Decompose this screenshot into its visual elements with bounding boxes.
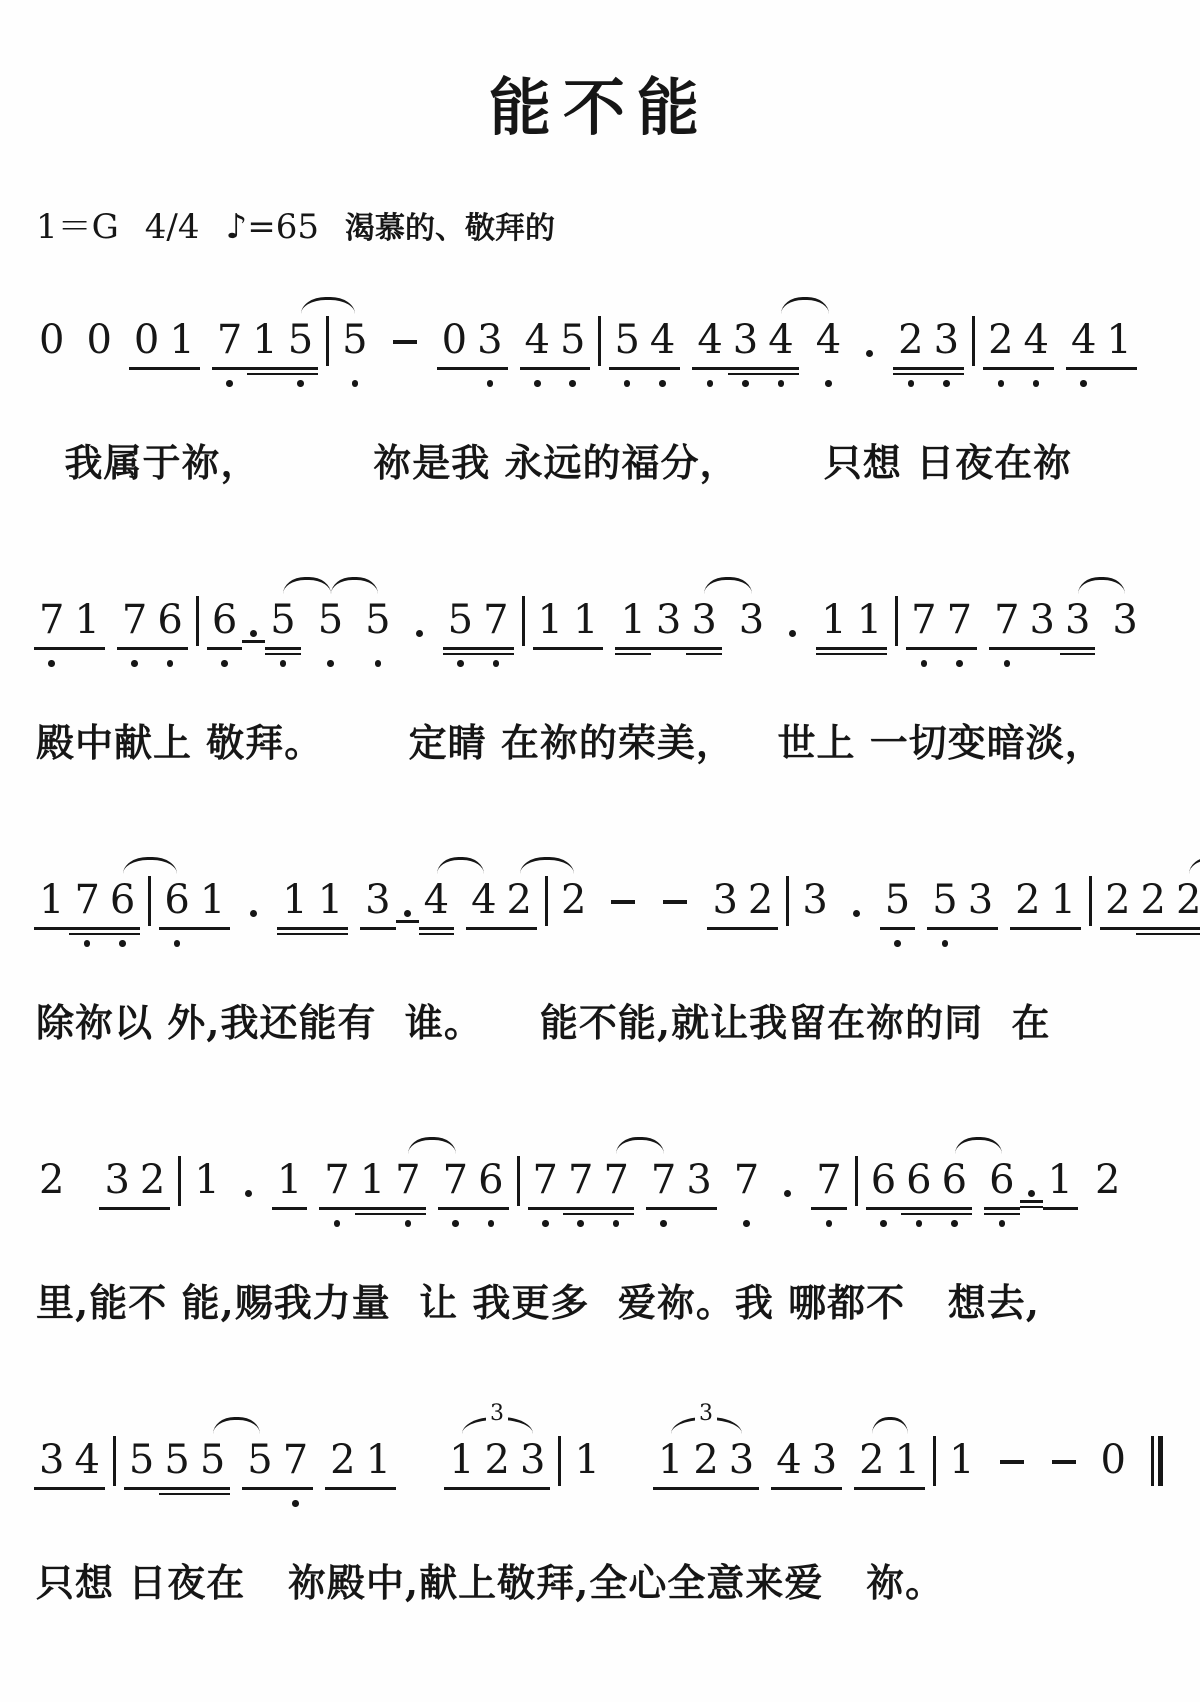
- note: 7: [563, 1156, 598, 1229]
- note: 4: [1066, 316, 1101, 389]
- barline: [925, 1436, 944, 1486]
- note-digit: 7: [811, 1156, 846, 1204]
- beam-underlines: [1044, 1464, 1084, 1477]
- octave-dot: [615, 657, 650, 669]
- bar-stroke: [326, 316, 329, 366]
- rest-note: 0: [1096, 1436, 1131, 1509]
- note: 3: [807, 1436, 842, 1509]
- note: 4: [811, 316, 846, 389]
- note: 4: [692, 316, 727, 389]
- note-digit: 4: [811, 316, 846, 364]
- octave-dot: [69, 1497, 104, 1509]
- note: 7: [528, 1156, 563, 1229]
- slur-arc: [301, 297, 355, 314]
- note-digit: 1: [1043, 1156, 1078, 1204]
- note: 3: [728, 316, 763, 389]
- note-digit: 2: [743, 876, 778, 924]
- note-digit: 1: [195, 876, 230, 924]
- slur-arc: [123, 857, 177, 874]
- bar-stroke: [522, 596, 525, 646]
- octave-dot: [105, 937, 140, 949]
- beam-underlines: [419, 924, 454, 937]
- note-digit: 7: [117, 596, 152, 644]
- note-digit: 1: [189, 1156, 224, 1204]
- note: 2: [480, 1436, 515, 1509]
- tuplet-number: 3: [486, 1404, 508, 1424]
- note: 1: [247, 316, 282, 389]
- beam-underlines: [337, 364, 372, 377]
- note-digit: [603, 876, 643, 904]
- note-digit: 4: [645, 316, 680, 364]
- note: 5: [124, 1436, 159, 1509]
- octave-dot: [692, 377, 727, 389]
- beam-underlines: [1019, 364, 1054, 377]
- beam-underlines: [854, 1484, 889, 1497]
- notation-line: 23211717767777377666612: [34, 1122, 1166, 1264]
- note-digit: 5: [265, 596, 300, 644]
- note-digit: 1: [533, 596, 568, 644]
- note: 2: [135, 1156, 170, 1229]
- note: 1: [34, 876, 69, 949]
- octave-dot: [1019, 377, 1054, 389]
- beam-underlines: [472, 364, 507, 377]
- note-digit: 7: [212, 316, 247, 364]
- beam-underlines: [355, 1204, 390, 1217]
- octave-dot: [1171, 937, 1200, 949]
- note: 7: [646, 1156, 681, 1229]
- note-digit: 1: [69, 596, 104, 644]
- note-digit: 0: [1096, 1436, 1131, 1484]
- octave-dot: [901, 1217, 936, 1229]
- beam-underlines: [707, 924, 742, 937]
- note-digit: 6: [901, 1156, 936, 1204]
- octave-dot: [763, 377, 798, 389]
- barline: [514, 596, 533, 646]
- barline: [140, 876, 159, 926]
- note-digit: 7: [438, 1156, 473, 1204]
- beam-underlines: [277, 924, 312, 937]
- octave-dot: [478, 657, 513, 669]
- bar-stroke: [113, 1436, 116, 1486]
- note-digit: 7: [729, 1156, 764, 1204]
- octave-dot: [645, 377, 680, 389]
- rhythm-dot: [845, 876, 868, 942]
- octave-dot: [1096, 1497, 1131, 1509]
- lyrics-line: 殿中献上 敬拜。 定睛 在祢的荣美， 世上 一切变暗淡，: [36, 716, 1166, 770]
- octave-dot: [776, 1210, 799, 1222]
- note-digit: 5: [443, 596, 478, 644]
- note: 1: [568, 596, 603, 669]
- note-digit: 1: [568, 596, 603, 644]
- slur-arc: [520, 857, 574, 874]
- octave-dot: [247, 377, 282, 389]
- note-digit: 3: [707, 876, 742, 924]
- note-digit: 5: [927, 876, 962, 924]
- octave-dot: [360, 937, 395, 949]
- note: 7: [278, 1436, 313, 1509]
- beam-underlines: [533, 644, 568, 657]
- octave-dot: [728, 377, 763, 389]
- note: 1: [569, 1436, 604, 1509]
- note: 1: [444, 1436, 479, 1509]
- beam-underlines: [99, 1204, 134, 1217]
- beam-underlines: [242, 1484, 277, 1497]
- octave-dot: [443, 657, 478, 669]
- slur-arc: [781, 297, 829, 314]
- beam-underlines: [159, 924, 194, 937]
- note-digit: 2: [1090, 1156, 1125, 1204]
- beam-underlines: [272, 1204, 307, 1217]
- bar-stroke: [517, 1156, 520, 1206]
- note-digit: 6: [984, 1156, 1019, 1204]
- note: 6: [105, 876, 140, 949]
- note-digit: [237, 1156, 260, 1197]
- octave-dot: [816, 657, 851, 669]
- note: 3: [963, 876, 998, 949]
- note: 5: [159, 1436, 194, 1509]
- beam-underlines: [1100, 924, 1135, 937]
- beam-underlines: [563, 1204, 598, 1217]
- note-digit: 4: [466, 876, 501, 924]
- slur-arc: [1078, 577, 1125, 594]
- note: 4: [771, 1436, 806, 1509]
- song-title: 能不能: [34, 58, 1166, 147]
- beam-underlines: [124, 1484, 159, 1497]
- note: 5: [360, 596, 395, 669]
- note: 5: [927, 876, 962, 949]
- octave-dot: [34, 1497, 69, 1509]
- note-digit: 3: [1025, 596, 1060, 644]
- bar-stroke: [895, 596, 898, 646]
- octave-dot: [135, 1217, 170, 1229]
- beam-underlines: [247, 364, 282, 377]
- note: 7: [438, 1156, 473, 1229]
- beam-underlines: [984, 1204, 1019, 1217]
- note-digit: 0: [81, 316, 116, 364]
- note: 5: [283, 316, 318, 389]
- beam-underlines: [681, 1204, 716, 1217]
- slur-arc: [213, 1417, 260, 1434]
- beam-underlines: [520, 364, 555, 377]
- rhythm-dot: [242, 876, 265, 942]
- note: 6: [984, 1156, 1019, 1229]
- beam-underlines: [1101, 364, 1136, 377]
- octave-dot: [437, 377, 472, 389]
- note: 4: [763, 316, 798, 389]
- beam-underlines: [1090, 1204, 1125, 1217]
- note: 1: [189, 1156, 224, 1229]
- octave-dot: [195, 1497, 230, 1509]
- lyrics-line: 除祢以 外,我还能有 谁。 能不能,就让我留在祢的同 在: [36, 996, 1166, 1050]
- note: 1: [944, 1436, 979, 1509]
- note: 5: [337, 316, 372, 389]
- note-digit: 4: [1019, 316, 1054, 364]
- beam-underlines: [692, 364, 727, 377]
- lyrics-line: 只想 日夜在 祢殿中,献上敬拜,全心全意来爱 祢。: [36, 1556, 1166, 1610]
- octave-dot: [313, 657, 348, 669]
- octave-dot: [34, 1217, 69, 1229]
- note-digit: 7: [69, 876, 104, 924]
- beam-underlines: [1066, 364, 1101, 377]
- note: 1: [361, 1436, 396, 1509]
- beam-underlines: [466, 924, 501, 937]
- note: 5: [555, 316, 590, 389]
- octave-dot: [984, 1217, 1019, 1229]
- beam-underlines: [117, 644, 152, 657]
- note-digit: [385, 316, 425, 344]
- slur-arc: [616, 1137, 664, 1154]
- dash-extension: [655, 876, 695, 929]
- note: 2: [502, 876, 537, 949]
- octave-dot: [724, 1497, 759, 1509]
- rhythm-dot: [237, 1156, 260, 1222]
- barline: [537, 876, 556, 926]
- octave-dot: [159, 937, 194, 949]
- note: 5: [195, 1436, 230, 1509]
- note: 5: [242, 1436, 277, 1509]
- beam-underlines: [983, 364, 1018, 377]
- note-digit: 1: [34, 876, 69, 924]
- beam-underlines: [1136, 924, 1171, 937]
- note-digit: 3: [929, 316, 964, 364]
- bar-stroke: [1151, 1436, 1154, 1486]
- system-1: 000171550345544344232441 我属于祢， 祢是我 永远的福分…: [34, 282, 1166, 490]
- beam-underlines: [438, 1204, 473, 1217]
- octave-dot: [472, 377, 507, 389]
- bar-stroke: [972, 316, 975, 366]
- octave-dot: [34, 937, 69, 949]
- rest-note: 0: [437, 316, 472, 389]
- note-digit: 5: [195, 1436, 230, 1484]
- octave-dot: [124, 1497, 159, 1509]
- note: 1: [1046, 876, 1081, 949]
- note: 6: [207, 596, 242, 669]
- octave-dot: [1020, 1210, 1043, 1222]
- beam-underlines: [734, 644, 769, 657]
- barline: [887, 596, 906, 646]
- note: 3: [707, 876, 742, 949]
- sheet-music-page: 能不能 1＝G 4/4 ♪=65 渴慕的、敬拜的 000171550345544…: [0, 0, 1200, 1702]
- beam-underlines: [34, 364, 69, 377]
- tuplet-number: 3: [695, 1404, 717, 1424]
- beam-underlines: [845, 917, 868, 930]
- note-digit: [1020, 1156, 1043, 1197]
- bar-stroke: [598, 316, 601, 366]
- octave-dot: [265, 657, 300, 669]
- octave-dot: [563, 1217, 598, 1229]
- dash-extension: [1044, 1436, 1084, 1489]
- beam-underlines: [360, 644, 395, 657]
- beam-underlines: [478, 644, 513, 657]
- octave-dot: [852, 657, 887, 669]
- octave-dot: [906, 657, 941, 669]
- note: 1: [277, 876, 312, 949]
- note: 3: [651, 596, 686, 669]
- octave-dot: [129, 377, 164, 389]
- beam-underlines: [880, 924, 915, 937]
- beam-underlines: [893, 364, 928, 377]
- note-digit: 2: [688, 1436, 723, 1484]
- note: 4: [1019, 316, 1054, 389]
- note-digit: 5: [159, 1436, 194, 1484]
- beam-underlines: [408, 637, 431, 650]
- note: 5: [443, 596, 478, 669]
- note-digit: 7: [989, 596, 1024, 644]
- octave-dot: [866, 1217, 901, 1229]
- octave-dot: [598, 1217, 633, 1229]
- note-digit: 2: [1171, 876, 1200, 924]
- octave-dot: [983, 377, 1018, 389]
- note-digit: [1044, 1436, 1084, 1464]
- octave-dot: [1090, 1217, 1125, 1229]
- octave-dot: [944, 1497, 979, 1509]
- note: 2: [556, 876, 591, 949]
- bar-stroke: [786, 876, 789, 926]
- beam-underlines: [646, 1204, 681, 1217]
- octave-dot: [734, 657, 769, 669]
- note-digit: 4: [692, 316, 727, 364]
- note-digit: 5: [360, 596, 395, 644]
- beam-underlines: [195, 1484, 230, 1497]
- dash-extension: [385, 316, 425, 369]
- style-marking: 渴慕的、敬拜的: [345, 203, 555, 247]
- beam-underlines: [443, 644, 478, 657]
- barline: [188, 596, 207, 646]
- beam-underlines: [135, 1204, 170, 1217]
- lyrics-line: 里,能不 能,赐我力量 让 我更多 爱祢。我 哪都不 想去,: [36, 1276, 1166, 1330]
- note-digit: 6: [866, 1156, 901, 1204]
- beam-underlines: [598, 1204, 633, 1217]
- note: 3: [929, 316, 964, 389]
- octave-dot: [466, 937, 501, 949]
- beam-underlines: [390, 1204, 425, 1217]
- beam-underlines: [480, 1484, 515, 1497]
- note: 6: [937, 1156, 972, 1229]
- note-digit: 5: [242, 1436, 277, 1484]
- octave-dot: [533, 657, 568, 669]
- note: 3: [724, 1436, 759, 1509]
- note: 6: [473, 1156, 508, 1229]
- beam-underlines: [528, 1204, 563, 1217]
- slur-arc: [283, 577, 331, 594]
- octave-dot: [242, 650, 265, 662]
- barline: [1081, 876, 1100, 926]
- beam-underlines: [811, 1204, 846, 1217]
- beam-underlines: [568, 644, 603, 657]
- note-digit: 1: [355, 1156, 390, 1204]
- beam-underlines: [1043, 1204, 1078, 1217]
- barline: [509, 1156, 528, 1206]
- beam-underlines: [69, 924, 104, 937]
- beam-underlines: [556, 924, 591, 937]
- bar-stroke: [933, 1436, 936, 1486]
- final-barline: [1143, 1436, 1171, 1486]
- note-digit: 6: [105, 876, 140, 924]
- octave-dot: [880, 937, 915, 949]
- key-signature: 1＝G: [36, 199, 119, 248]
- note: 7: [478, 596, 513, 669]
- octave-dot: [854, 1497, 889, 1509]
- beam-underlines: [152, 644, 187, 657]
- system-3: 1766111344223235532122221 除祢以 外,我还能有 谁。 …: [34, 842, 1166, 1050]
- rest-note: 0: [129, 316, 164, 389]
- note: 2: [1010, 876, 1045, 949]
- octave-dot: [117, 657, 152, 669]
- octave-dot: [963, 937, 998, 949]
- beam-underlines: [771, 1484, 806, 1497]
- beam-underlines: [937, 1204, 972, 1217]
- time-signature: 4/4: [145, 207, 200, 247]
- note: 2: [1090, 1156, 1125, 1229]
- note: 6: [901, 1156, 936, 1229]
- note-digit: 7: [34, 596, 69, 644]
- octave-dot: [319, 1217, 354, 1229]
- note: 1: [816, 596, 851, 669]
- octave-dot: [992, 1477, 1032, 1489]
- note: 4: [520, 316, 555, 389]
- octave-dot: [438, 1217, 473, 1229]
- note: 1: [653, 1436, 688, 1509]
- beam-underlines: [811, 364, 846, 377]
- note: 2: [34, 1156, 69, 1229]
- bar-stroke: [1158, 1436, 1163, 1486]
- bar-stroke: [178, 1156, 181, 1206]
- octave-dot: [929, 377, 964, 389]
- rest-note: 0: [81, 316, 116, 389]
- bar-stroke: [855, 1156, 858, 1206]
- note: 6: [866, 1156, 901, 1229]
- beam-underlines: [502, 924, 537, 937]
- note: 7: [942, 596, 977, 669]
- note-digit: 3: [99, 1156, 134, 1204]
- note: 3: [515, 1436, 550, 1509]
- note: 7: [811, 1156, 846, 1229]
- barline: [105, 1436, 124, 1486]
- beam-underlines: [603, 904, 643, 917]
- note: 1: [164, 316, 199, 389]
- note-digit: 2: [556, 876, 591, 924]
- rhythm-dot: [396, 876, 419, 942]
- beam-underlines: [651, 644, 686, 657]
- octave-dot: [797, 937, 832, 949]
- beam-underlines: [1171, 924, 1200, 937]
- note-digit: 1: [944, 1436, 979, 1484]
- octave-dot: [556, 937, 591, 949]
- barline: [847, 1156, 866, 1206]
- note-digit: 3: [734, 596, 769, 644]
- note: 2: [983, 316, 1018, 389]
- beam-underlines: [807, 1484, 842, 1497]
- notation-line: 345555721123112343211033: [34, 1402, 1166, 1544]
- rhythm-dot: [781, 596, 804, 662]
- beam-underlines: [283, 364, 318, 377]
- beam-underlines: [776, 1197, 799, 1210]
- slur-arc: [1189, 857, 1200, 874]
- octave-dot: [408, 650, 431, 662]
- note-digit: 1: [444, 1436, 479, 1484]
- beam-underlines: [237, 1197, 260, 1210]
- note-digit: 2: [325, 1436, 360, 1484]
- beam-underlines: [319, 1204, 354, 1217]
- octave-dot: [189, 1217, 224, 1229]
- note-digit: 3: [1107, 596, 1142, 644]
- beam-underlines: [555, 364, 590, 377]
- notation-line: 000171550345544344232441: [34, 282, 1166, 424]
- dash-extension: [992, 1436, 1032, 1489]
- note-digit: 3: [651, 596, 686, 644]
- note: 3: [360, 876, 395, 949]
- beam-underlines: [992, 1464, 1032, 1477]
